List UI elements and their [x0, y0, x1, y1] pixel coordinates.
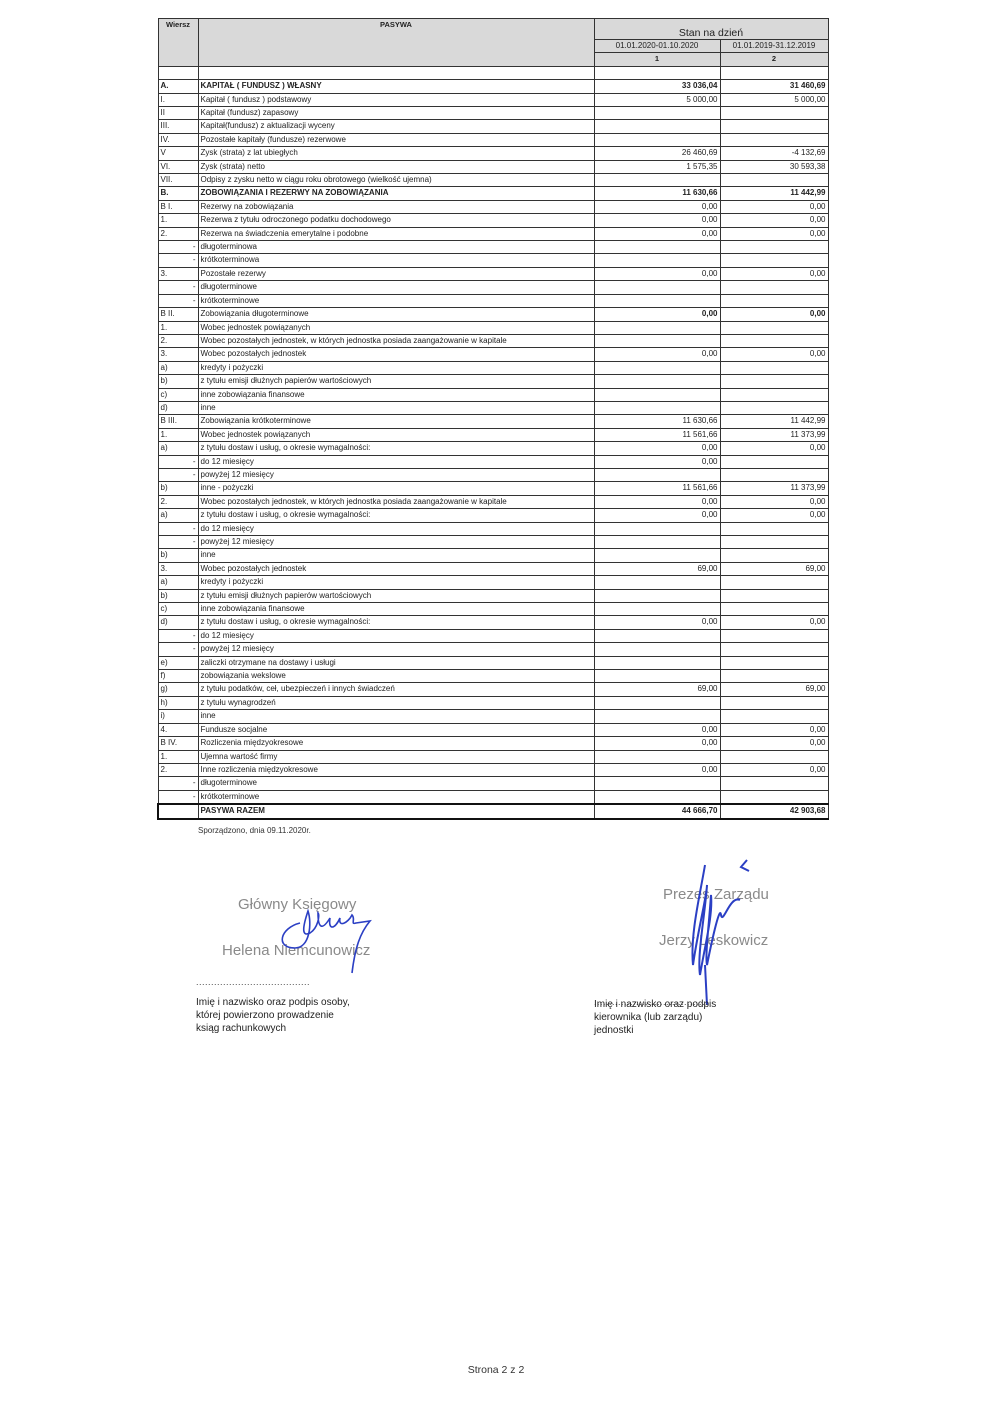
- row-id: a): [158, 442, 198, 455]
- row-value-current: [594, 294, 720, 307]
- row-id: g): [158, 683, 198, 696]
- row-value-previous: 11 442,99: [720, 187, 828, 200]
- row-value-current: [594, 656, 720, 669]
- table-row: VI.Zysk (strata) netto1 575,3530 593,38: [158, 160, 828, 173]
- table-row: b)z tytułu emisji dłużnych papierów wart…: [158, 589, 828, 602]
- row-id: i): [158, 710, 198, 723]
- row-value-previous: [720, 174, 828, 187]
- table-row: -długoterminowe: [158, 777, 828, 790]
- row-id: b): [158, 589, 198, 602]
- row-value-previous: 0,00: [720, 267, 828, 280]
- table-row: c)inne zobowiązania finansowe: [158, 388, 828, 401]
- row-value-previous: [720, 334, 828, 347]
- row-value-previous: [720, 522, 828, 535]
- table-row: a)kredyty i pożyczki: [158, 361, 828, 374]
- row-value-previous: [720, 361, 828, 374]
- row-id: B IV.: [158, 737, 198, 750]
- row-label: Zysk (strata) z lat ubiegłych: [198, 147, 594, 160]
- table-row: h)z tytułu wynagrodzeń: [158, 696, 828, 709]
- table-row: III.Kapitał(fundusz) z aktualizacji wyce…: [158, 120, 828, 133]
- row-value-previous: [720, 670, 828, 683]
- row-value-current: [594, 777, 720, 790]
- left-signature-line: ......................................: [196, 977, 310, 987]
- row-id: 3.: [158, 267, 198, 280]
- row-value-current: 0,00: [594, 723, 720, 736]
- row-id: -: [158, 643, 198, 656]
- row-value-previous: [720, 576, 828, 589]
- table-row: -do 12 miesięcy0,00: [158, 455, 828, 468]
- row-value-current: 11 630,66: [594, 187, 720, 200]
- row-value-previous: 31 460,69: [720, 80, 828, 93]
- table-row: 1.Wobec jednostek powiązanych11 561,6611…: [158, 428, 828, 441]
- row-id: 1.: [158, 321, 198, 334]
- row-id: 4.: [158, 723, 198, 736]
- row-value-previous: [720, 388, 828, 401]
- table-row: B I.Rezerwy na zobowiązania0,000,00: [158, 200, 828, 213]
- table-row: -do 12 miesięcy: [158, 522, 828, 535]
- table-row: c)inne zobowiązania finansowe: [158, 603, 828, 616]
- row-value-current: 11 630,66: [594, 415, 720, 428]
- table-row: 2.Wobec pozostałych jednostek, w których…: [158, 495, 828, 508]
- row-label: Inne rozliczenia międzyokresowe: [198, 763, 594, 776]
- row-id: -: [158, 455, 198, 468]
- row-label: z tytułu emisji dłużnych papierów wartoś…: [198, 589, 594, 602]
- row-label: z tytułu emisji dłużnych papierów wartoś…: [198, 375, 594, 388]
- row-value-previous: 42 903,68: [720, 804, 828, 818]
- row-id: h): [158, 696, 198, 709]
- row-label: kredyty i pożyczki: [198, 361, 594, 374]
- table-header-row: Wiersz PASYWA Stan na dzień: [158, 19, 828, 40]
- row-value-current: 0,00: [594, 348, 720, 361]
- row-label: powyżej 12 miesięcy: [198, 536, 594, 549]
- table-row: d)inne: [158, 401, 828, 414]
- row-value-current: 44 666,70: [594, 804, 720, 818]
- row-id: -: [158, 777, 198, 790]
- row-value-previous: [720, 790, 828, 804]
- row-value-current: 0,00: [594, 455, 720, 468]
- balance-sheet-liabilities-table: Wiersz PASYWA Stan na dzień 01.01.2020-0…: [157, 18, 829, 820]
- table-row: [158, 66, 828, 79]
- row-label: Odpisy z zysku netto w ciągu roku obroto…: [198, 174, 594, 187]
- row-label: Ujemna wartość firmy: [198, 750, 594, 763]
- row-value-previous: [720, 710, 828, 723]
- row-value-current: [594, 549, 720, 562]
- row-value-current: 0,00: [594, 616, 720, 629]
- row-id: a): [158, 509, 198, 522]
- table-row: 1.Rezerwa z tytułu odroczonego podatku d…: [158, 214, 828, 227]
- row-value-current: [594, 321, 720, 334]
- row-value-current: [594, 401, 720, 414]
- row-label: Wobec pozostałych jednostek, w których j…: [198, 334, 594, 347]
- row-label: Fundusze socjalne: [198, 723, 594, 736]
- row-label: długoterminowa: [198, 241, 594, 254]
- row-label: Wobec pozostałych jednostek, w których j…: [198, 495, 594, 508]
- row-value-current: 0,00: [594, 509, 720, 522]
- row-value-previous: 69,00: [720, 562, 828, 575]
- row-value-previous: [720, 603, 828, 616]
- row-value-current: 0,00: [594, 214, 720, 227]
- row-id: b): [158, 375, 198, 388]
- row-value-current: 11 561,66: [594, 428, 720, 441]
- table-row: B IV.Rozliczenia międzyokresowe0,000,00: [158, 737, 828, 750]
- row-id: -: [158, 629, 198, 642]
- row-value-current: [594, 629, 720, 642]
- row-id: B.: [158, 187, 198, 200]
- col-number-2: 2: [720, 53, 828, 66]
- row-value-previous: 0,00: [720, 348, 828, 361]
- row-value-previous: [720, 120, 828, 133]
- row-label: krótkoterminowe: [198, 790, 594, 804]
- table-row: 1.Wobec jednostek powiązanych: [158, 321, 828, 334]
- row-value-current: 0,00: [594, 267, 720, 280]
- row-id: V: [158, 147, 198, 160]
- row-label: z tytułu podatków, ceł, ubezpieczeń i in…: [198, 683, 594, 696]
- row-value-current: [594, 643, 720, 656]
- table-row: B III.Zobowiązania krótkoterminowe11 630…: [158, 415, 828, 428]
- row-id: B I.: [158, 200, 198, 213]
- row-value-previous: [720, 133, 828, 146]
- row-value-previous: [720, 241, 828, 254]
- row-label: ZOBOWIĄZANIA I REZERWY NA ZOBOWIĄZANIA: [198, 187, 594, 200]
- row-label: inne zobowiązania finansowe: [198, 603, 594, 616]
- table-row: -powyżej 12 miesięcy: [158, 468, 828, 481]
- row-id: IV.: [158, 133, 198, 146]
- row-value-current: 11 561,66: [594, 482, 720, 495]
- row-id: 2.: [158, 763, 198, 776]
- row-id: -: [158, 790, 198, 804]
- row-id: b): [158, 482, 198, 495]
- row-value-current: [594, 388, 720, 401]
- row-id: c): [158, 603, 198, 616]
- table-row: -powyżej 12 miesięcy: [158, 536, 828, 549]
- table-row: B II.Zobowiązania długoterminowe0,000,00: [158, 308, 828, 321]
- row-value-previous: [720, 66, 828, 79]
- row-value-current: [594, 536, 720, 549]
- row-value-previous: 0,00: [720, 495, 828, 508]
- right-handwritten-signature: [665, 855, 765, 1015]
- row-value-current: 1 575,35: [594, 160, 720, 173]
- row-id: 2.: [158, 227, 198, 240]
- row-value-previous: [720, 321, 828, 334]
- row-label: Wobec jednostek powiązanych: [198, 428, 594, 441]
- row-label: Rezerwy na zobowiązania: [198, 200, 594, 213]
- right-caption-line-2: kierownika (lub zarządu): [594, 1011, 716, 1024]
- row-label: z tytułu wynagrodzeń: [198, 696, 594, 709]
- row-label: Wobec pozostałych jednostek: [198, 348, 594, 361]
- row-value-current: [594, 589, 720, 602]
- header-period-previous: 01.01.2019-31.12.2019: [720, 40, 828, 53]
- right-caption-line-3: jednostki: [594, 1024, 716, 1037]
- row-value-current: 0,00: [594, 308, 720, 321]
- table-row: 3.Pozostałe rezerwy0,000,00: [158, 267, 828, 280]
- row-value-current: [594, 241, 720, 254]
- row-id: 3.: [158, 562, 198, 575]
- row-id: c): [158, 388, 198, 401]
- row-id: -: [158, 281, 198, 294]
- row-value-current: 33 036,04: [594, 80, 720, 93]
- row-id: e): [158, 656, 198, 669]
- row-id: -: [158, 254, 198, 267]
- table-row: a)kredyty i pożyczki: [158, 576, 828, 589]
- row-value-previous: [720, 254, 828, 267]
- row-id: -: [158, 536, 198, 549]
- row-id: [158, 66, 198, 79]
- row-value-previous: 5 000,00: [720, 93, 828, 106]
- row-id: d): [158, 401, 198, 414]
- header-wiersz: Wiersz: [158, 19, 198, 67]
- left-caption-line-1: Imię i nazwisko oraz podpis osoby,: [196, 996, 350, 1009]
- row-value-current: [594, 603, 720, 616]
- row-label: zaliczki otrzymane na dostawy i usługi: [198, 656, 594, 669]
- table-row: -długoterminowe: [158, 281, 828, 294]
- row-label: powyżej 12 miesięcy: [198, 643, 594, 656]
- row-value-current: 69,00: [594, 683, 720, 696]
- row-label: Kapitał(fundusz) z aktualizacji wyceny: [198, 120, 594, 133]
- table-row: b)inne: [158, 549, 828, 562]
- row-label: Kapitał (fundusz) zapasowy: [198, 107, 594, 120]
- row-label: [198, 66, 594, 79]
- row-value-current: 69,00: [594, 562, 720, 575]
- row-value-previous: [720, 294, 828, 307]
- row-value-previous: [720, 777, 828, 790]
- row-value-current: [594, 750, 720, 763]
- row-id: 2.: [158, 495, 198, 508]
- row-label: Zobowiązania długoterminowe: [198, 308, 594, 321]
- row-label: krótkoterminowa: [198, 254, 594, 267]
- row-id: III.: [158, 120, 198, 133]
- row-value-previous: [720, 375, 828, 388]
- row-value-current: 5 000,00: [594, 93, 720, 106]
- table-row: 4.Fundusze socjalne0,000,00: [158, 723, 828, 736]
- row-id: a): [158, 576, 198, 589]
- row-label: inne: [198, 710, 594, 723]
- row-value-previous: [720, 107, 828, 120]
- row-value-current: 26 460,69: [594, 147, 720, 160]
- row-id: I.: [158, 93, 198, 106]
- table-row: B.ZOBOWIĄZANIA I REZERWY NA ZOBOWIĄZANIA…: [158, 187, 828, 200]
- row-value-current: [594, 468, 720, 481]
- row-id: VII.: [158, 174, 198, 187]
- table-row: -krótkoterminowe: [158, 790, 828, 804]
- row-id: 3.: [158, 348, 198, 361]
- row-value-previous: 0,00: [720, 616, 828, 629]
- row-id: -: [158, 294, 198, 307]
- row-value-current: 0,00: [594, 495, 720, 508]
- table-row: VZysk (strata) z lat ubiegłych26 460,69-…: [158, 147, 828, 160]
- row-value-previous: 0,00: [720, 723, 828, 736]
- table-row: e)zaliczki otrzymane na dostawy i usługi: [158, 656, 828, 669]
- row-id: d): [158, 616, 198, 629]
- row-value-previous: 30 593,38: [720, 160, 828, 173]
- table-row: VII.Odpisy z zysku netto w ciągu roku ob…: [158, 174, 828, 187]
- row-id: b): [158, 549, 198, 562]
- row-value-previous: [720, 468, 828, 481]
- row-value-current: [594, 107, 720, 120]
- row-label: inne - pożyczki: [198, 482, 594, 495]
- table-row: -krótkoterminowe: [158, 294, 828, 307]
- table-row: 3.Wobec pozostałych jednostek69,0069,00: [158, 562, 828, 575]
- row-value-previous: [720, 549, 828, 562]
- left-caption-line-3: ksiąg rachunkowych: [196, 1022, 350, 1035]
- table-row: -do 12 miesięcy: [158, 629, 828, 642]
- row-value-previous: 0,00: [720, 200, 828, 213]
- table-row: f)zobowiązania wekslowe: [158, 670, 828, 683]
- table-row: 2.Inne rozliczenia międzyokresowe0,000,0…: [158, 763, 828, 776]
- row-value-previous: 0,00: [720, 737, 828, 750]
- row-label: do 12 miesięcy: [198, 455, 594, 468]
- header-period-current: 01.01.2020-01.10.2020: [594, 40, 720, 53]
- row-id: -: [158, 241, 198, 254]
- row-value-current: [594, 281, 720, 294]
- page-number: Strona 2 z 2: [0, 1364, 992, 1376]
- row-value-previous: 11 373,99: [720, 482, 828, 495]
- left-signature-caption: Imię i nazwisko oraz podpis osoby, które…: [196, 996, 350, 1035]
- table-row: 1.Ujemna wartość firmy: [158, 750, 828, 763]
- row-label: kredyty i pożyczki: [198, 576, 594, 589]
- table-row: IV.Pozostałe kapitały (fundusze) rezerwo…: [158, 133, 828, 146]
- row-id: 2.: [158, 334, 198, 347]
- row-value-current: [594, 710, 720, 723]
- row-value-current: [594, 133, 720, 146]
- row-label: Rozliczenia międzyokresowe: [198, 737, 594, 750]
- row-value-previous: 69,00: [720, 683, 828, 696]
- row-value-current: 0,00: [594, 737, 720, 750]
- row-value-previous: [720, 589, 828, 602]
- row-value-previous: [720, 536, 828, 549]
- row-label: długoterminowe: [198, 777, 594, 790]
- row-value-current: [594, 66, 720, 79]
- row-value-current: 0,00: [594, 763, 720, 776]
- table-row: I.Kapitał ( fundusz ) podstawowy5 000,00…: [158, 93, 828, 106]
- table-row: a)z tytułu dostaw i usług, o okresie wym…: [158, 509, 828, 522]
- row-value-previous: [720, 401, 828, 414]
- row-label: do 12 miesięcy: [198, 522, 594, 535]
- header-pasywa: PASYWA: [198, 19, 594, 67]
- row-label: Wobec pozostałych jednostek: [198, 562, 594, 575]
- row-value-previous: [720, 750, 828, 763]
- row-label: z tytułu dostaw i usług, o okresie wymag…: [198, 509, 594, 522]
- right-signature-caption: Imię i nazwisko oraz podpis kierownika (…: [594, 998, 716, 1037]
- row-value-current: 0,00: [594, 442, 720, 455]
- row-value-previous: [720, 656, 828, 669]
- row-label: do 12 miesięcy: [198, 629, 594, 642]
- table-row: 3.Wobec pozostałych jednostek0,000,00: [158, 348, 828, 361]
- row-id: VI.: [158, 160, 198, 173]
- table-row: a)z tytułu dostaw i usług, o okresie wym…: [158, 442, 828, 455]
- row-value-previous: 0,00: [720, 227, 828, 240]
- row-value-current: [594, 522, 720, 535]
- table-row: g)z tytułu podatków, ceł, ubezpieczeń i …: [158, 683, 828, 696]
- table-row: -powyżej 12 miesięcy: [158, 643, 828, 656]
- row-value-current: [594, 174, 720, 187]
- row-id: a): [158, 361, 198, 374]
- row-id: B III.: [158, 415, 198, 428]
- row-label: Zysk (strata) netto: [198, 160, 594, 173]
- table-row: b)inne - pożyczki11 561,6611 373,99: [158, 482, 828, 495]
- table-row: 2.Wobec pozostałych jednostek, w których…: [158, 334, 828, 347]
- row-id: f): [158, 670, 198, 683]
- row-id: -: [158, 468, 198, 481]
- row-label: inne zobowiązania finansowe: [198, 388, 594, 401]
- row-value-current: [594, 375, 720, 388]
- row-label: Zobowiązania krótkoterminowe: [198, 415, 594, 428]
- left-caption-line-2: której powierzono prowadzenie: [196, 1009, 350, 1022]
- row-id: II: [158, 107, 198, 120]
- right-caption-line-1: Imię i nazwisko oraz podpis: [594, 998, 716, 1011]
- row-value-current: [594, 120, 720, 133]
- row-id: B II.: [158, 308, 198, 321]
- row-value-previous: [720, 281, 828, 294]
- row-label: Rezerwa z tytułu odroczonego podatku doc…: [198, 214, 594, 227]
- row-value-current: [594, 696, 720, 709]
- table-row: b)z tytułu emisji dłużnych papierów wart…: [158, 375, 828, 388]
- prepared-date-note: Sporządzono, dnia 09.11.2020r.: [198, 826, 311, 835]
- row-value-current: [594, 790, 720, 804]
- row-value-previous: [720, 629, 828, 642]
- row-id: 1.: [158, 750, 198, 763]
- row-label: powyżej 12 miesięcy: [198, 468, 594, 481]
- row-id: [158, 804, 198, 818]
- row-value-current: [594, 670, 720, 683]
- row-value-current: [594, 361, 720, 374]
- row-value-current: 0,00: [594, 227, 720, 240]
- row-value-previous: 0,00: [720, 442, 828, 455]
- document-page: Wiersz PASYWA Stan na dzień 01.01.2020-0…: [0, 0, 992, 1403]
- table-row: -długoterminowa: [158, 241, 828, 254]
- row-label: krótkoterminowe: [198, 294, 594, 307]
- row-value-previous: 0,00: [720, 509, 828, 522]
- row-value-previous: -4 132,69: [720, 147, 828, 160]
- row-value-previous: [720, 696, 828, 709]
- row-value-previous: 11 442,99: [720, 415, 828, 428]
- row-value-current: [594, 254, 720, 267]
- row-label: długoterminowe: [198, 281, 594, 294]
- row-value-previous: 0,00: [720, 763, 828, 776]
- table-row: 2.Rezerwa na świadczenia emerytalne i po…: [158, 227, 828, 240]
- row-label: PASYWA RAZEM: [198, 804, 594, 818]
- row-label: Rezerwa na świadczenia emerytalne i podo…: [198, 227, 594, 240]
- row-label: inne: [198, 401, 594, 414]
- table-row: IIKapitał (fundusz) zapasowy: [158, 107, 828, 120]
- total-row: PASYWA RAZEM44 666,7042 903,68: [158, 804, 828, 818]
- row-value-previous: 0,00: [720, 308, 828, 321]
- row-label: inne: [198, 549, 594, 562]
- row-id: -: [158, 522, 198, 535]
- row-label: zobowiązania wekslowe: [198, 670, 594, 683]
- row-label: Kapitał ( fundusz ) podstawowy: [198, 93, 594, 106]
- row-value-current: [594, 334, 720, 347]
- row-label: z tytułu dostaw i usług, o okresie wymag…: [198, 616, 594, 629]
- row-value-current: 0,00: [594, 200, 720, 213]
- row-id: 1.: [158, 428, 198, 441]
- table-row: -krótkoterminowa: [158, 254, 828, 267]
- row-label: z tytułu dostaw i usług, o okresie wymag…: [198, 442, 594, 455]
- left-handwritten-signature: [270, 893, 390, 978]
- header-stan-na-dzien: Stan na dzień: [594, 19, 828, 40]
- row-id: A.: [158, 80, 198, 93]
- row-value-previous: 11 373,99: [720, 428, 828, 441]
- table-row: i)inne: [158, 710, 828, 723]
- table-row: d)z tytułu dostaw i usług, o okresie wym…: [158, 616, 828, 629]
- row-label: Pozostałe kapitały (fundusze) rezerwowe: [198, 133, 594, 146]
- row-id: 1.: [158, 214, 198, 227]
- row-value-current: [594, 576, 720, 589]
- row-value-previous: [720, 455, 828, 468]
- row-label: Pozostałe rezerwy: [198, 267, 594, 280]
- row-value-previous: 0,00: [720, 214, 828, 227]
- row-label: Wobec jednostek powiązanych: [198, 321, 594, 334]
- col-number-1: 1: [594, 53, 720, 66]
